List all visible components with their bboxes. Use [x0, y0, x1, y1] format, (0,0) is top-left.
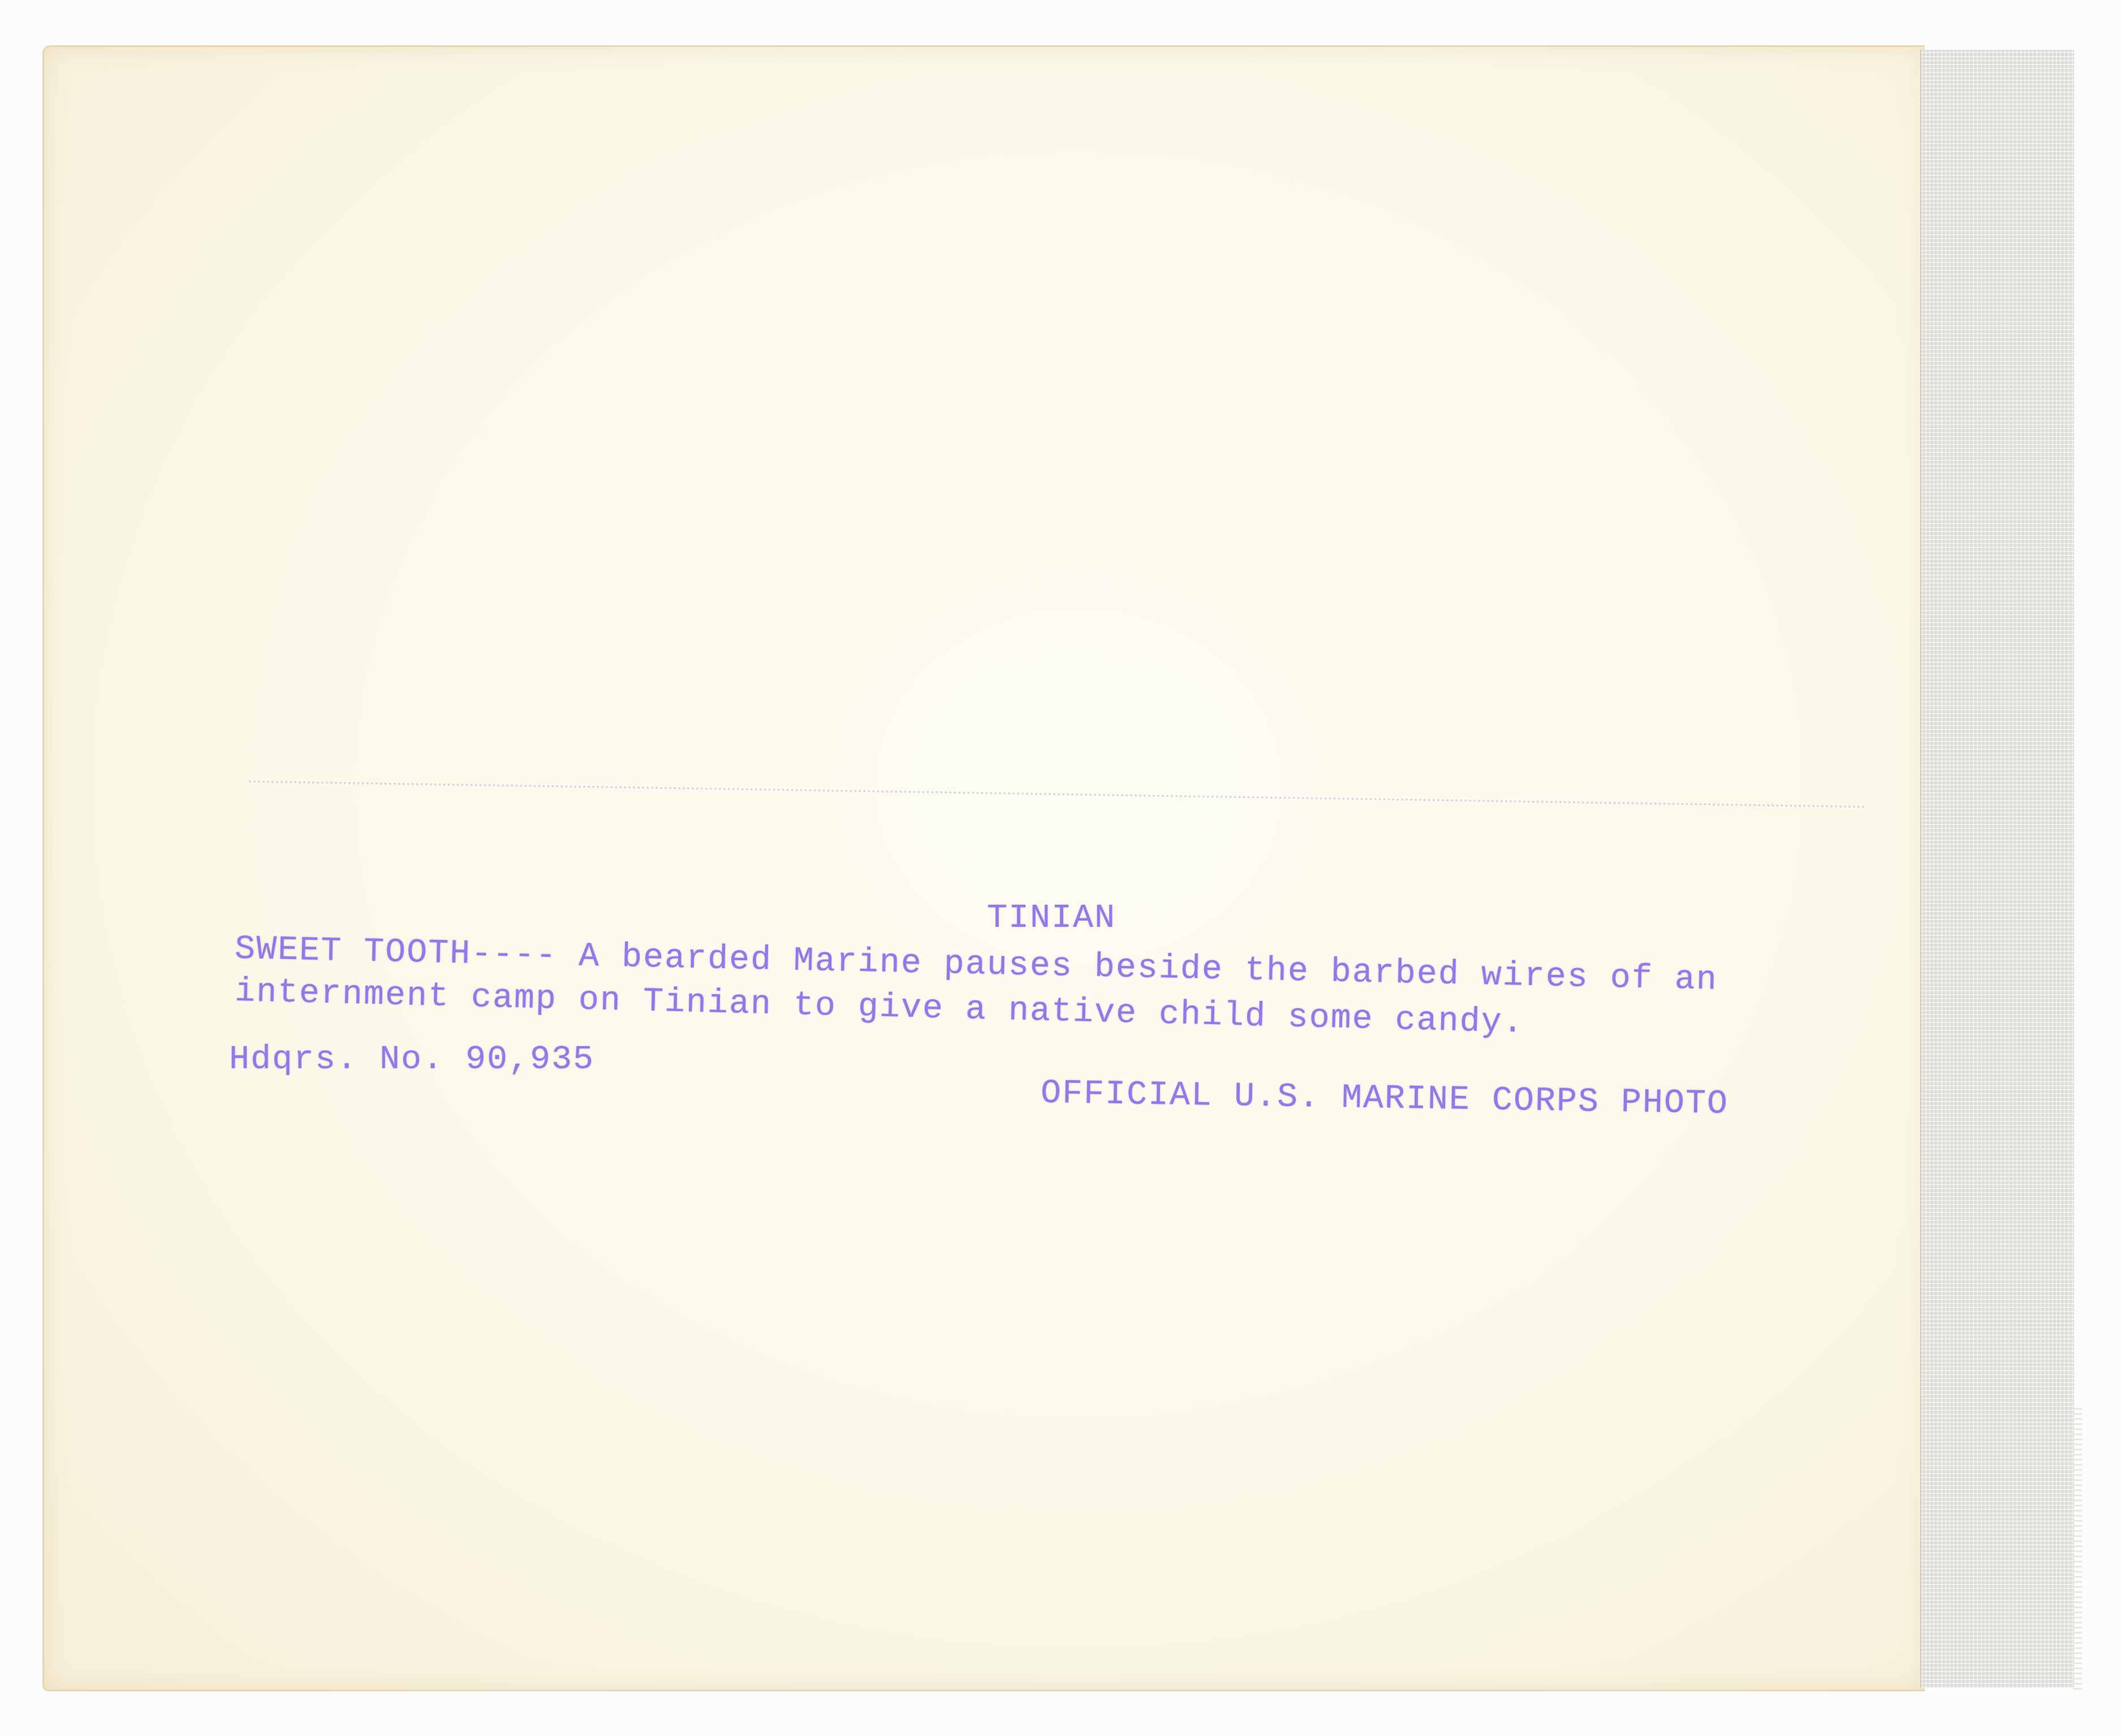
photo-card-back	[42, 45, 2073, 1688]
headquarters-number: Hdqrs. No. 90,935	[229, 1040, 594, 1079]
photo-paper-back	[42, 45, 1925, 1691]
cloth-binding-tape	[1920, 50, 2074, 1688]
location-heading: TINIAN	[987, 899, 1116, 938]
